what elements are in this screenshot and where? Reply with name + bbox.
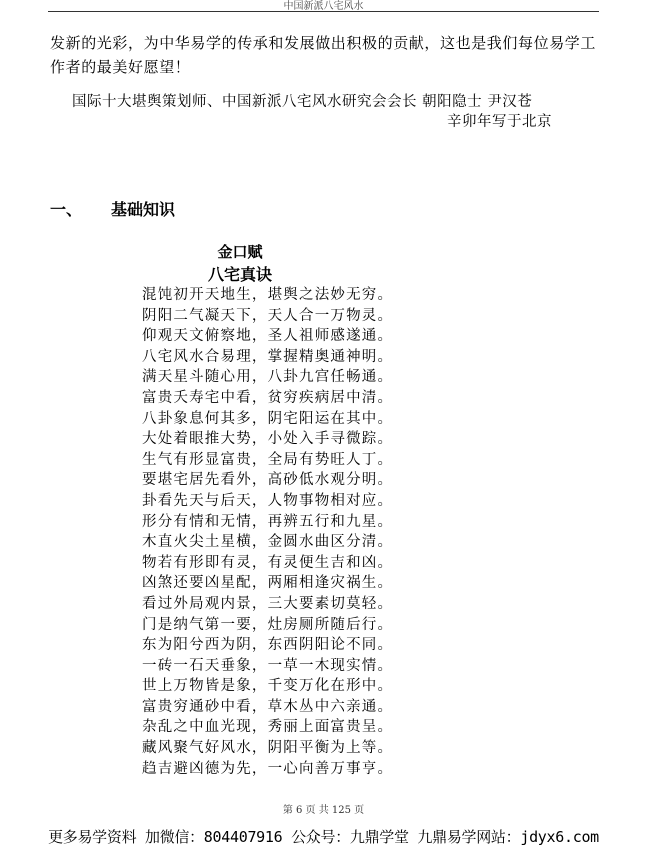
poem-title: 金口赋 (0, 241, 480, 262)
intro-paragraph: 发新的光彩，为中华易学的传承和发展做出积极的贡献，这也是我们每位易学工作者的最美… (50, 31, 610, 79)
poem-line: 藏风聚气好风水，阴阳平衡为上等。 (142, 738, 393, 759)
poem-line: 富贵穷通砂中看，草木丛中六亲通。 (142, 697, 393, 718)
poem-line: 仰观天文俯察地，圣人祖师感遂通。 (142, 326, 393, 347)
poem-line: 要堪宅居先看外，高砂低水观分明。 (142, 470, 393, 491)
poem-line: 混饨初开天地生，堪舆之法妙无穷。 (142, 285, 393, 306)
poem-body: 混饨初开天地生，堪舆之法妙无穷。 阴阳二气凝天下，天人合一万物灵。 仰观天文俯察… (142, 285, 393, 779)
poem-line: 富贵夭寿宅中看，贫穷疾病居中清。 (142, 388, 393, 409)
poem-line: 八卦象息何其多，阴宅阳运在其中。 (142, 409, 393, 430)
poem-line: 一砖一石天垂象，一草一木现实情。 (142, 656, 393, 677)
footer-promo-banner: 更多易学资料 加微信：804407916 公众号：九鼎学堂 九鼎易学网站：jdy… (0, 826, 647, 847)
header-divider (48, 11, 599, 12)
poem-line: 形分有情和无情，再辨五行和九星。 (142, 512, 393, 533)
poem-line: 趋吉避凶德为先，一心向善万事亨。 (142, 759, 393, 780)
poem-line: 木直火尖土星横，金圆水曲区分清。 (142, 532, 393, 553)
section-title: 基础知识 (111, 197, 175, 220)
poem-line: 物若有形即有灵，有灵便生吉和凶。 (142, 553, 393, 574)
section-number: 一、 (50, 197, 82, 220)
poem-line: 满天星斗随心用，八卦九宫任畅通。 (142, 367, 393, 388)
poem-line: 门是纳气第一要，灶房厕所随后行。 (142, 615, 393, 636)
poem-line: 卦看先天与后天，人物事物相对应。 (142, 491, 393, 512)
signature-date: 辛卯年写于北京 (447, 110, 552, 131)
poem-line: 东为阳兮西为阴，东西阴阳论不同。 (142, 635, 393, 656)
poem-line: 生气有形显富贵，全局有势旺人丁。 (142, 450, 393, 471)
poem-line: 世上万物皆是象，千变万化在形中。 (142, 676, 393, 697)
poem-line: 杂乱之中血光现，秀丽上面富贵呈。 (142, 717, 393, 738)
page-number: 第 6 页 共 125 页 (0, 801, 647, 816)
poem-line: 八宅风水合易理，掌握精奥通神明。 (142, 347, 393, 368)
signature-author: 国际十大堪舆策划师、中国新派八宅风水研究会会长 朝阳隐士 尹汉苍 (72, 90, 532, 111)
poem-line: 看过外局观内景，三大要素切莫轻。 (142, 594, 393, 615)
poem-line: 阴阳二气凝天下，天人合一万物灵。 (142, 306, 393, 327)
poem-subtitle: 八宅真诀 (0, 262, 480, 285)
poem-line: 大处着眼推大势，小处入手寻微踪。 (142, 429, 393, 450)
poem-line: 凶煞还要凶星配，两厢相逢灾祸生。 (142, 573, 393, 594)
